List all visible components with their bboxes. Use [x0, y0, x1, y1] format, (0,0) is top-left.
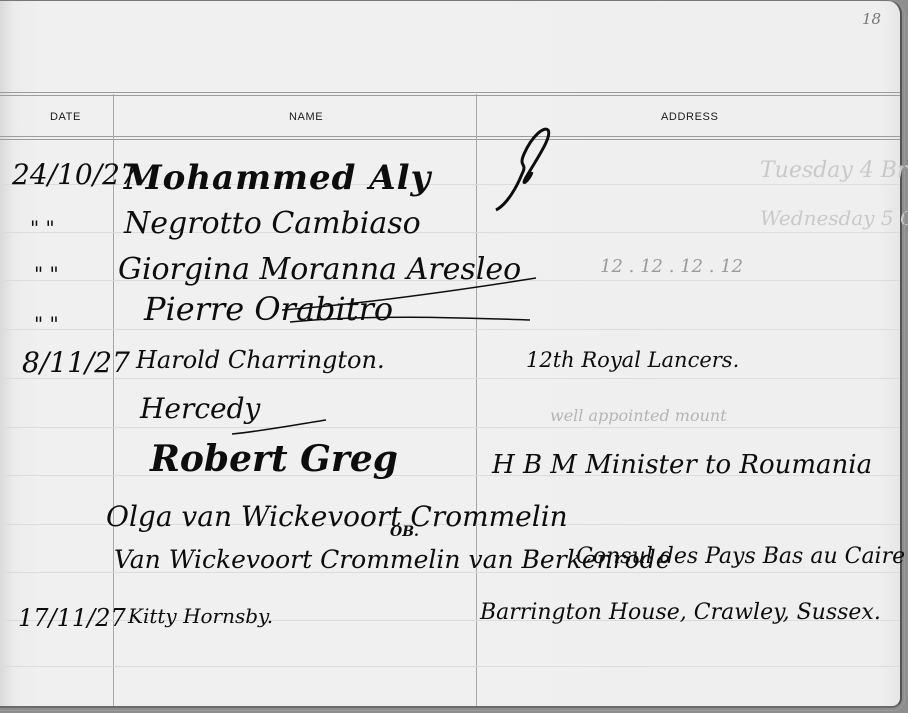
header-top-rule [0, 92, 900, 96]
header-bottom-rule [0, 136, 900, 140]
page-number: 18 [862, 10, 881, 28]
entry-date-ditto: " " [34, 312, 59, 336]
entry-name: Olga van Wickevoort Crommelin [106, 500, 568, 533]
entry-name: Harold Charrington. [136, 346, 385, 374]
entry-name: Kitty Hornsby. [128, 604, 273, 628]
name-column-header: NAME [289, 111, 323, 123]
signature-flourish-icon [488, 124, 558, 214]
entry-date: 24/10/27 [12, 158, 138, 191]
entry-address: Barrington House, Crawley, Sussex. [480, 600, 881, 625]
entry-date-ditto: " " [34, 262, 59, 286]
register-page: 18 DATE NAME ADDRESS Tuesday 4 Brilliant… [0, 0, 902, 708]
entry-name: Mohammed Aly [124, 158, 431, 198]
ruled-line [0, 378, 900, 379]
entry-date-ditto: " " [30, 216, 55, 240]
entry-name: Pierre Orabitro [144, 290, 393, 328]
address-column-header: ADDRESS [661, 111, 718, 123]
bleed-through-text: Tuesday 4 Brilliant [760, 158, 908, 183]
entry-name: Negrotto Cambiaso [124, 206, 421, 241]
entry-address: Consul des Pays Bas au Caire [576, 544, 905, 569]
ruled-line [0, 666, 900, 667]
entry-date: 17/11/27 [18, 604, 126, 632]
bleed-through-text: 12 . 12 . 12 . 12 [600, 256, 743, 277]
bleed-through-text: well appointed mount [550, 406, 727, 425]
name-address-divider [476, 94, 477, 706]
entry-name: Robert Greg [150, 438, 398, 480]
entry-date: 8/11/27 [22, 346, 130, 379]
date-column-header: DATE [50, 111, 81, 123]
entry-annotation: OB. [390, 524, 419, 540]
entry-address: H B M Minister to Roumania [492, 450, 872, 480]
entry-address: 12th Royal Lancers. [526, 348, 739, 372]
ruled-line [0, 427, 900, 428]
underline-flourish-icon [230, 418, 330, 438]
bleed-through-text: Wednesday 5 Champion [760, 206, 908, 230]
